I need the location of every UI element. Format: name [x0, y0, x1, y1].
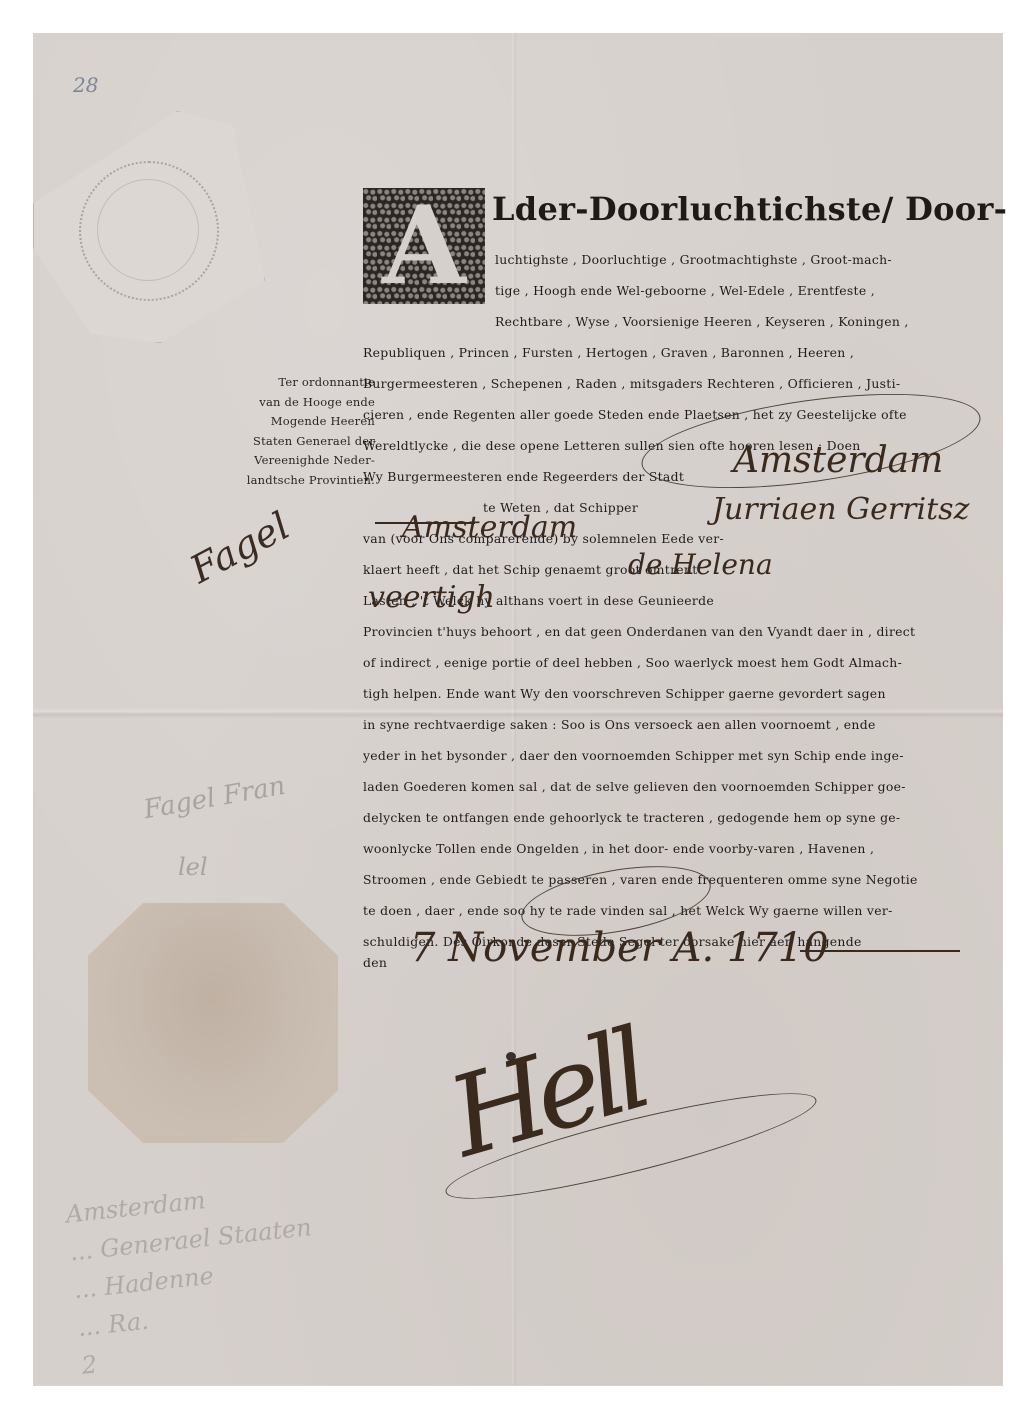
handwritten-skipper-name: Jurriaen Gerritsz	[712, 492, 969, 527]
body-line: laden Goederen komen sal , dat de selve …	[363, 779, 906, 794]
margin-note: Ter ordonnantie van de Hooge ende Mogend…	[205, 373, 375, 490]
body-line: Rechtbare , Wyse , Voorsienige Heeren , …	[495, 314, 909, 329]
body-line: yeder in het bysonder , daer den voornoe…	[363, 748, 904, 763]
handwritten-ship-name: de Helena	[628, 548, 773, 581]
body-line: luchtighste , Doorluchtige , Grootmachti…	[495, 252, 892, 267]
body-line: woonlycke Tollen ende Ongelden , in het …	[363, 841, 874, 856]
date-flourish-line	[800, 950, 960, 952]
pencil-note-bottom: Amsterdam ... Generael Staaten ... Haden…	[64, 1161, 412, 1384]
margin-note-line: Mogende Heeren	[205, 412, 375, 432]
archive-pencil-number: 28	[73, 73, 98, 97]
margin-note-line: Staten Generael der	[205, 432, 375, 452]
body-line: tigh helpen. Ende want Wy den voorschrev…	[363, 686, 886, 701]
body-line: in syne rechtvaerdige saken : Soo is Ons…	[363, 717, 876, 732]
margin-note-line: Vereenighde Neder-	[205, 451, 375, 471]
margin-note-line: landtsche Provintien.	[205, 471, 375, 491]
octagonal-seal-remnant	[88, 903, 338, 1143]
body-line: Wy Burgermeesteren ende Regeerders der S…	[363, 469, 684, 484]
handwritten-tonnage: veertigh	[368, 580, 495, 615]
document-heading: Lder-Doorluchtichste/ Door-	[492, 190, 1007, 228]
pencil-note-side-2: lel	[178, 853, 208, 881]
handwritten-home-port: Amsterdam	[402, 510, 577, 545]
body-line: tige , Hoogh ende Wel-geboorne , Wel-Ede…	[495, 283, 875, 298]
body-line: Republiquen , Princen , Fursten , Hertog…	[363, 345, 854, 360]
margin-note-line: van de Hooge ende	[205, 393, 375, 413]
decorated-initial: A	[363, 188, 485, 304]
margin-note-line: Ter ordonnantie	[205, 373, 375, 393]
body-line: of indirect , eenige portie of deel hebb…	[363, 655, 902, 670]
body-line: den	[363, 955, 387, 970]
pencil-note-side: Fagel Fran	[141, 771, 287, 825]
body-line: Provincien t'huys behoort , en dat geen …	[363, 624, 915, 639]
seal-emboss-inner	[97, 179, 199, 281]
body-line: delycken te ontfangen ende gehoorlyck te…	[363, 810, 900, 825]
body-line: Burgermeesteren , Schepenen , Raden , mi…	[363, 376, 900, 391]
side-signature: Fagel	[183, 504, 297, 592]
